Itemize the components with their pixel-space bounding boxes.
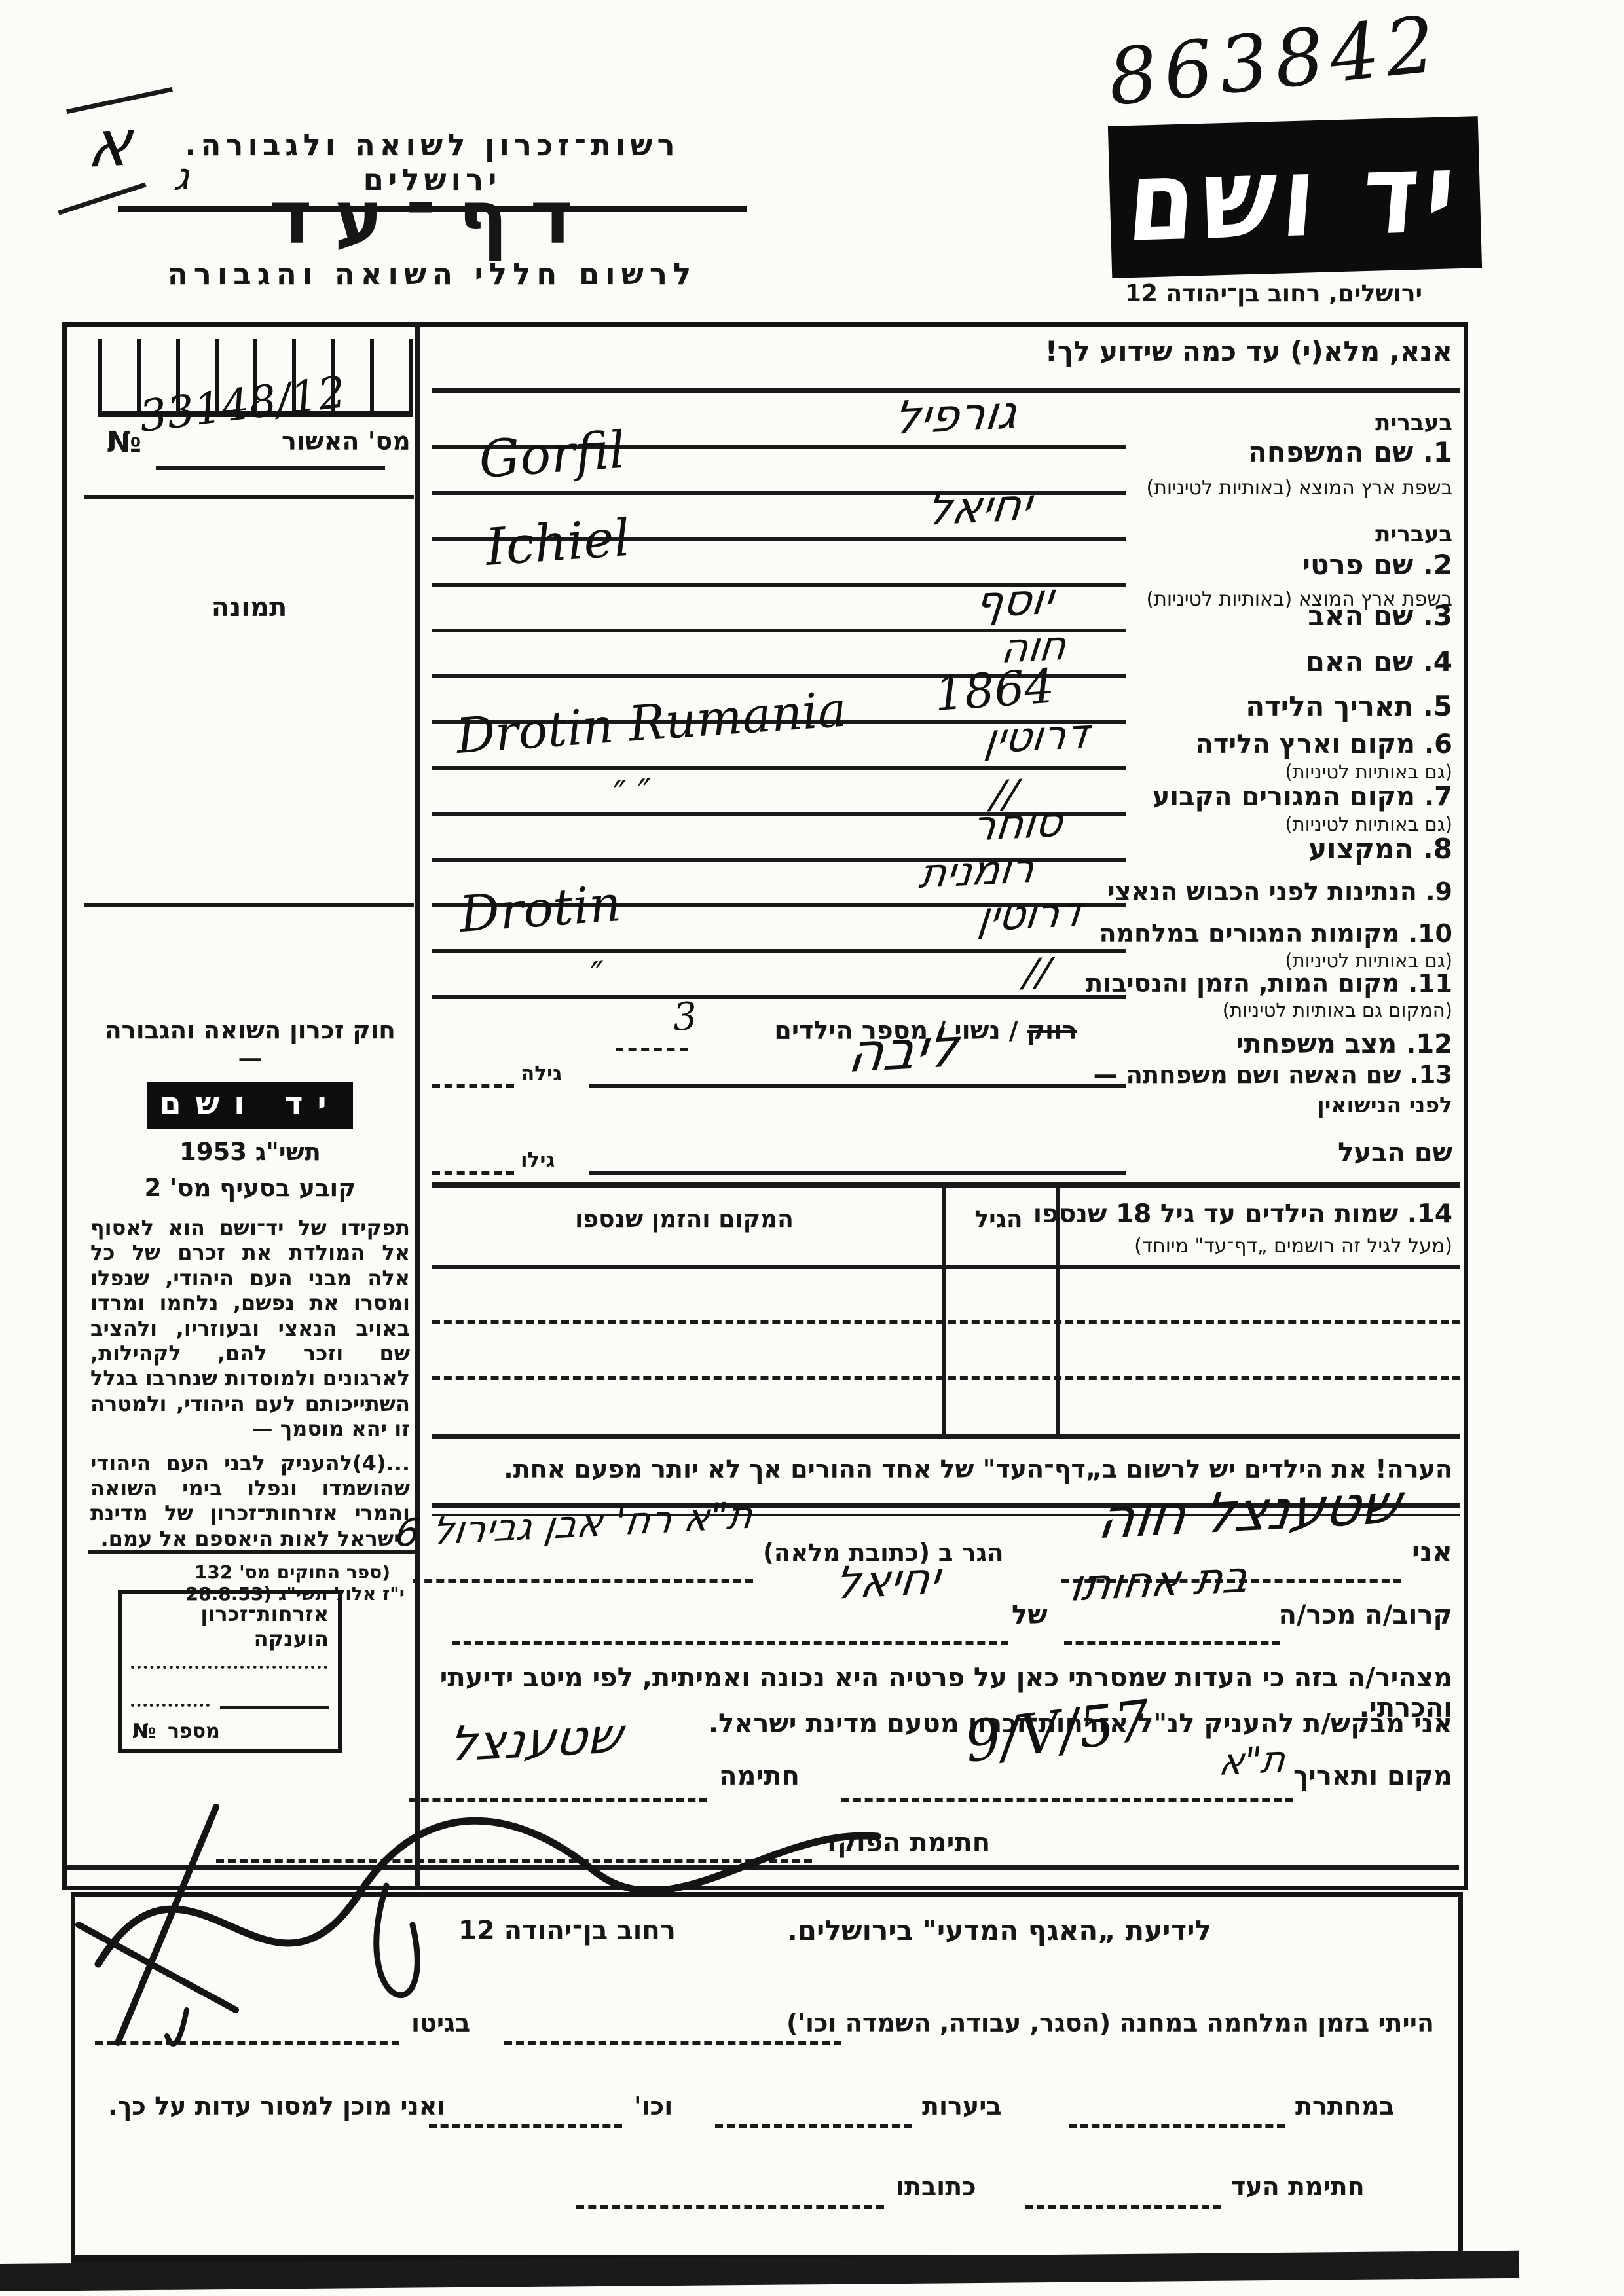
- form-title: דף־עד: [118, 175, 747, 261]
- field12-label: 12. מצב משפחתי: [1236, 1029, 1452, 1059]
- footer-line3-dashes-1: [1025, 2205, 1221, 2209]
- footer-line2-dashes-3: [429, 2124, 622, 2128]
- declarant-i-label: אני: [1412, 1536, 1452, 1568]
- approval-number-underline: [156, 466, 385, 470]
- table-row-line-1: [432, 1320, 1460, 1324]
- field11-label: 11. מקום המות, הזמן והנסיבות: [1086, 969, 1452, 998]
- footer-line1-label: הייתי בזמן המלחמה במחנה (הסגר, עבודה, הש…: [851, 2009, 1434, 2037]
- address-dashes: [413, 1579, 753, 1583]
- grant-box-dotted-line: [131, 1666, 327, 1669]
- surname-hebrew-handwritten: גורפיל: [891, 385, 1020, 445]
- children-count-handwritten: 3: [671, 994, 699, 1040]
- grant-box-title: אזרחות־זכרון הוענקה: [122, 1601, 329, 1651]
- marital-option-single: רווק: [1027, 1016, 1077, 1045]
- his-age-label: גילו: [521, 1148, 555, 1172]
- footer-line3-address-label: כתובתו: [896, 2172, 976, 2201]
- grant-box-dotted-short: [131, 1704, 210, 1707]
- field10-label: 10. מקומות המגורים במלחמה: [1099, 919, 1452, 948]
- relation-dashes-right: [1064, 1641, 1280, 1645]
- law-yad-vashem-wordmark: יד ושם: [147, 1082, 352, 1129]
- law-year: תשי"ג 1953: [90, 1138, 410, 1166]
- place-handwritten: ת"א: [1217, 1738, 1288, 1784]
- field13-sublabel: לפני הנישואין: [1317, 1092, 1452, 1118]
- footer-line1-dashes-2: [95, 2041, 399, 2045]
- photo-area-bottom-rule: [84, 903, 414, 907]
- field3-label: 3. שם האב: [1308, 600, 1452, 632]
- occupation-handwritten: סוחר: [969, 798, 1065, 851]
- answer-line-13: [432, 995, 1126, 999]
- field13-label: 13. שם האשה ושם משפחתה —: [1094, 1061, 1452, 1089]
- field1-sublabel: בשפת ארץ המוצא (באותיות לטיניות): [1147, 477, 1453, 500]
- field6-sublabel: (גם באותיות לטיניות): [1285, 761, 1452, 783]
- field4-label: 4. שם האם: [1306, 646, 1452, 678]
- footer-line1-ghetto: בגיטו: [411, 2009, 470, 2037]
- footer-header-left: רחוב בן־יהודה 12: [458, 1916, 676, 1946]
- field5-label: 5. תאריך הלידה: [1246, 690, 1452, 722]
- left-panel-rule: [88, 1550, 415, 1554]
- wife-name-handwritten: ליבה: [845, 1017, 962, 1085]
- footer-line2-dashes-2: [715, 2124, 912, 2128]
- children-count-dashes: [616, 1048, 688, 1051]
- his-age-dashes: [432, 1171, 514, 1175]
- footer-line2-underground: במחתרת: [1295, 2092, 1395, 2121]
- citizenship-handwritten: רומנית: [917, 844, 1037, 898]
- death-place-ditto-latin: ″: [590, 954, 606, 996]
- table-vline-2: [1056, 1182, 1060, 1436]
- footer-header-right: לידיעת „האגף המדעי" בירושלים.: [753, 1914, 1211, 1946]
- hebrew-hint-1: בעברית: [1375, 410, 1452, 436]
- law-paragraph-1: תפקידו של יד־ושם הוא לאסוף אל המולדת את …: [90, 1215, 410, 1442]
- law-citation-line1: (ספר החוקים מס' 132: [90, 1561, 410, 1583]
- footer-line2-dashes-1: [1069, 2124, 1285, 2128]
- law-title: חוק זכרון השואה והגבורה —: [90, 1016, 410, 1072]
- field6-label: 6. מקום וארץ הלידה: [1195, 729, 1452, 759]
- field14-sublabel: (מעל לגיל זה רושמים „דף־עד" מיוחד): [1134, 1235, 1452, 1258]
- field2-label: 2. שם פרטי: [1302, 549, 1452, 581]
- form-subtitle: לרשום חללי השואה והגבורה: [118, 257, 747, 291]
- husband-name-line: [589, 1171, 1126, 1175]
- panel-divider: [415, 322, 420, 1890]
- testimony-page-scan: 863842 א ג רשות־זכרון לשואה ולגבורה. ירו…: [0, 0, 1624, 2296]
- husband-name-label: שם הבעל: [1338, 1138, 1452, 1168]
- father-name-handwritten: יוסף: [972, 574, 1056, 628]
- of-label: של: [1012, 1600, 1048, 1630]
- fill-instruction: אנא, מלא(י) עד כמה שידוע לך!: [798, 335, 1452, 367]
- wife-name-line: [589, 1084, 1126, 1088]
- relation-handwritten: בת אחותו: [1067, 1552, 1251, 1611]
- field8-label: 8. המקצוע: [1308, 833, 1452, 865]
- footer-line3-dashes-2: [576, 2205, 884, 2209]
- field14-label: 14. שמות הילדים עד גיל 18 שנספו: [1033, 1199, 1452, 1229]
- approval-number-label: מס' האשור: [282, 427, 411, 456]
- law-block: חוק זכרון השואה והגבורה — יד ושם תשי"ג 1…: [90, 1016, 410, 1605]
- birthplace-hebrew-handwritten: דרוטין: [982, 710, 1092, 763]
- field10-sublabel: (גם באותיות לטיניות): [1285, 949, 1452, 972]
- hebrew-hint-2: בעברית: [1375, 521, 1452, 547]
- footer-line2-forests: ביערות: [922, 2092, 1002, 2121]
- footer-line2-etc: וכו': [634, 2092, 673, 2121]
- answer-line-8: [432, 766, 1126, 770]
- relation-dashes-left: [452, 1641, 1008, 1645]
- residence-ditto-latin: ″ ″: [613, 771, 654, 815]
- table-top-rule: [432, 1182, 1460, 1188]
- approval-number-symbol: №: [107, 426, 141, 459]
- her-age-label: גילה: [521, 1062, 562, 1085]
- footer-line1-dashes-1: [504, 2041, 841, 2045]
- field9-label: 9. הנתינות לפני הכבוש הנאצי: [1107, 877, 1452, 906]
- relation-label: קרוב/ה מכר/ה: [1279, 1600, 1452, 1630]
- of-name-handwritten: יחיאל: [832, 1553, 943, 1610]
- yad-vashem-logo: יד ושם: [1108, 116, 1482, 278]
- war-residence-hebrew-handwritten: דרוטין: [976, 888, 1085, 941]
- photo-placeholder-label: תמונה: [84, 592, 415, 623]
- office-address: ירושלים, רחוב בן־יהודה 12: [1071, 280, 1477, 307]
- field7-sublabel: (גם באותיות לטיניות): [1285, 813, 1452, 835]
- approval-row-rule: [84, 495, 414, 499]
- scientific-branch-box: [71, 1892, 1463, 2270]
- footer-line3-signature-label: חתימת העד: [1231, 2172, 1365, 2201]
- surname-latin-handwritten: Gorfil: [477, 421, 627, 490]
- firstname-hebrew-handwritten: יחיאל: [923, 479, 1035, 536]
- field11-sublabel: (המקום גם באותיות לטיניות): [1223, 999, 1452, 1021]
- place-date-label: מקום ותאריך: [1293, 1761, 1452, 1791]
- footer-line2-tail: ואני מוכן למסור עדות על כך.: [108, 2092, 445, 2121]
- her-age-dashes: [432, 1084, 514, 1088]
- firstname-latin-handwritten: Ichiel: [484, 509, 633, 577]
- field7-label: 7. מקום המגורים הקבוע: [1153, 782, 1452, 812]
- table-vline-1: [942, 1182, 946, 1436]
- field1-label: 1. שם המשפחה: [1248, 436, 1452, 468]
- table-header-rule: [432, 1265, 1460, 1269]
- table-row-line-2: [432, 1376, 1460, 1380]
- law-clause: קובע בסעיף מס' 2: [90, 1174, 410, 1202]
- registry-number-handwritten: 863842: [1104, 0, 1446, 123]
- grant-box-solid-line: [220, 1706, 329, 1709]
- law-paragraph-2: ...(4)להעניק לבני העם היהודי שהושמדו ונפ…: [90, 1451, 410, 1552]
- table-bottom-rule: [432, 1434, 1460, 1439]
- answer-line-12: [432, 949, 1126, 953]
- table-col-age-header: הגיל: [942, 1206, 1056, 1233]
- table-col-place-header: המקום והזמן שנספו: [432, 1206, 936, 1233]
- war-residence-latin-handwritten: Drotin: [458, 874, 623, 943]
